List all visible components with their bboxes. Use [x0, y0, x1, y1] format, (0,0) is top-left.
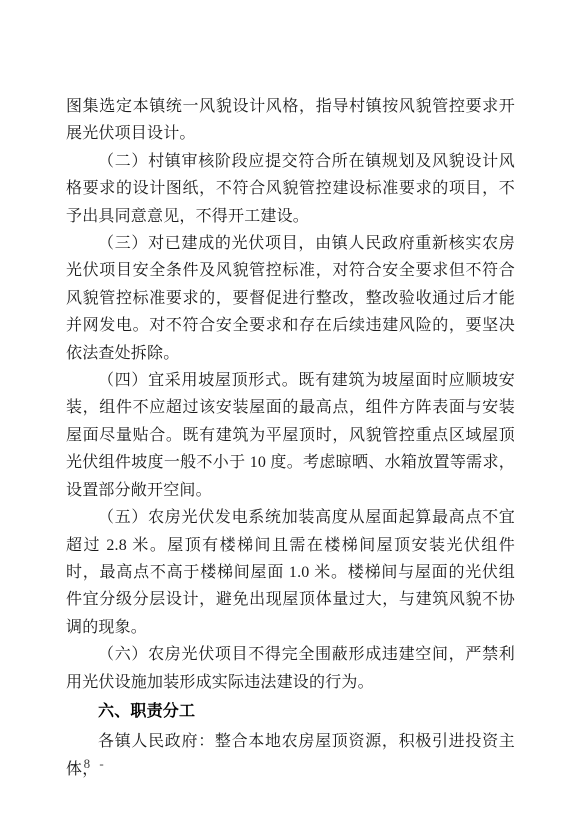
paragraph-continuation: 图集选定本镇统一风貌设计风格，指导村镇按风貌管控要求开展光伏项目设计。: [66, 93, 515, 148]
paragraph-item-6: （六）农房光伏项目不得完全围蔽形成违建空间，严禁利用光伏设施加装形成实际违法建设…: [66, 641, 515, 696]
paragraph-item-2: （二）村镇审核阶段应提交符合所在镇规划及风貌设计风格要求的设计图纸，不符合风貌管…: [66, 148, 515, 230]
page-number: - 8 -: [70, 756, 107, 772]
document-body: 图集选定本镇统一风貌设计风格，指导村镇按风貌管控要求开展光伏项目设计。 （二）村…: [66, 93, 515, 783]
section-heading: 六、职责分工: [66, 698, 515, 725]
paragraph-item-3: （三）对已建成的光伏项目，由镇人民政府重新核实农房光伏项目安全条件及风貌管控标准…: [66, 230, 515, 367]
paragraph-item-4: （四）宜采用坡屋顶形式。既有建筑为坡屋面时应顺坡安装，组件不应超过该安装屋面的最…: [66, 367, 515, 504]
document-page: 图集选定本镇统一风貌设计风格，指导村镇按风貌管控要求开展光伏项目设计。 （二）村…: [0, 0, 580, 813]
closing-paragraph: 各镇人民政府：整合本地农房屋顶资源，积极引进投资主体，: [66, 728, 515, 783]
paragraph-item-5: （五）农房光伏发电系统加装高度从屋面起算最高点不宜超过 2.8 米。屋顶有楼梯间…: [66, 504, 515, 641]
